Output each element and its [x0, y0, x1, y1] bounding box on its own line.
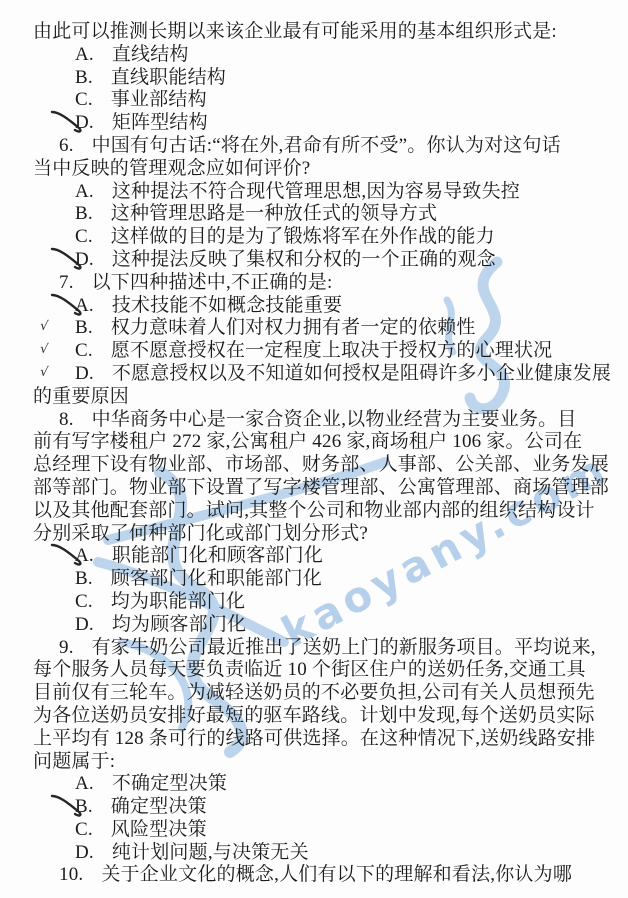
paragraph-line: 前有写字楼租户 272 家,公寓租户 426 家,商场租户 106 家。公司在 [33, 431, 600, 454]
line-prefix-label: B. [75, 67, 93, 88]
line-prefix: D. [75, 614, 94, 637]
line-prefix: 6. [59, 135, 74, 158]
line-text: 前有写字楼租户 272 家,公寓租户 426 家,商场租户 106 家。公司在 [33, 431, 582, 452]
line-text: 有家牛奶公司最近推出了送奶上门的新服务项目。平均说来, [92, 637, 596, 658]
line-text: 以及其他配套部门。试问,其整个公司和物业部内部的组织结构设计 [33, 500, 595, 521]
paragraph-line: 当中反映的管理观念应如何评价? [33, 158, 600, 181]
line-prefix: B. [75, 317, 93, 340]
line-prefix: C. [75, 819, 93, 842]
line-text: 当中反映的管理观念应如何评价? [33, 158, 310, 179]
pen-check-mark: √ [39, 366, 49, 380]
option-line: D. 矩阵型结构 [33, 112, 600, 135]
line-prefix: B. [75, 568, 93, 591]
line-text: 中华商务中心是一家合资企业,以物业经营为主要业务。目 [92, 409, 577, 430]
question-stem-line: 8. 中华商务中心是一家合资企业,以物业经营为主要业务。目 [33, 409, 600, 432]
question-stem-line: 7. 以下四种描述中,不正确的是: [33, 272, 600, 295]
question-stem-line: 10. 关于企业文化的概念,人们有以下的理解和看法,你认为哪 [33, 864, 600, 887]
line-text: 风险型决策 [111, 819, 207, 840]
option-line: D. 这种提法反映了集权和分权的一个正确的观念 [33, 249, 600, 272]
line-prefix: A. [75, 181, 94, 204]
line-text: 目前仅有三轮车。为减轻送奶员的不必要负担,公司有关人员想预先 [33, 682, 595, 703]
option-line: C. 风险型决策 [33, 819, 600, 842]
scanned-exam-page: kaoyany.com 由此可以推测长期以来该企业最有可能采用的基本组织形式是:… [0, 0, 628, 898]
line-prefix: A. [75, 44, 94, 67]
line-prefix-label: C. [75, 819, 93, 840]
option-line: √ D. 不愿意授权以及不知道如何授权是阻碍许多小企业健康发展 [33, 363, 600, 386]
paragraph-line: 总经理下设有物业部、市场部、财务部、人事部、公关部、业务发展 [33, 454, 600, 477]
line-text: 为各位送奶员安排好最短的驱车路线。计划中发现,每个送奶员实际 [33, 705, 595, 726]
paragraph-line: 目前仅有三轮车。为减轻送奶员的不必要负担,公司有关人员想预先 [33, 682, 600, 705]
line-prefix-label: D. [75, 842, 94, 863]
line-text: 不确定型决策 [112, 773, 227, 794]
option-line: B. 这种管理思路是一种放任式的领导方式 [33, 203, 600, 226]
paragraph-line: 的重要原因 [33, 386, 600, 409]
option-line: C. 事业部结构 [33, 89, 600, 112]
line-prefix: D. [75, 249, 94, 272]
line-text: 直线结构 [112, 44, 189, 65]
line-text: 上平均有 128 条可行的线路可供选择。在这种情况下,送奶线路安排 [33, 728, 595, 749]
line-text: 关于企业文化的概念,人们有以下的理解和看法,你认为哪 [101, 864, 572, 885]
line-prefix: 9. [59, 637, 74, 660]
paragraph-line: 为各位送奶员安排好最短的驱车路线。计划中发现,每个送奶员实际 [33, 705, 600, 728]
option-line: √ C. 愿不愿意授权在一定程度上取决于授权方的心理状况 [33, 340, 600, 363]
line-text: 均为顾客部门化 [112, 614, 246, 635]
line-prefix-label: D. [75, 614, 94, 635]
option-line: √ B. 权力意味着人们对权力拥有者一定的依赖性 [33, 317, 600, 340]
paragraph-line: 每个服务人员每天要负责临近 10 个街区住户的送奶任务,交通工具 [33, 659, 600, 682]
line-text: 每个服务人员每天要负责临近 10 个街区住户的送奶任务,交通工具 [33, 659, 586, 680]
line-text: 均为职能部门化 [111, 591, 245, 612]
line-text: 矩阵型结构 [112, 112, 208, 133]
line-text: 的重要原因 [33, 386, 129, 407]
option-line: B. 直线职能结构 [33, 67, 600, 90]
line-text: 部等部门。物业部下设置了写字楼管理部、公寓管理部、商场管理部 [33, 477, 609, 498]
option-line: C. 均为职能部门化 [33, 591, 600, 614]
pen-slash-mark [49, 244, 89, 274]
line-text: 这种管理思路是一种放任式的领导方式 [111, 203, 437, 224]
question-stem-line: 6. 中国有句古话:“将在外,君命有所不受”。你认为对这句话 [33, 135, 600, 158]
line-prefix-label: C. [75, 340, 93, 361]
option-line: D. 纯计划问题,与决策无关 [33, 842, 600, 865]
line-prefix: B. [75, 796, 93, 819]
pen-slash-mark [49, 540, 89, 570]
line-text: 愿不愿意授权在一定程度上取决于授权方的心理状况 [111, 340, 553, 361]
paragraph-line: 上平均有 128 条可行的线路可供选择。在这种情况下,送奶线路安排 [33, 728, 600, 751]
line-text: 直线职能结构 [111, 67, 226, 88]
line-prefix: A. [75, 545, 94, 568]
line-prefix-label: 6. [59, 135, 74, 156]
line-prefix-label: D. [75, 363, 94, 384]
document-body: 由此可以推测长期以来该企业最有可能采用的基本组织形式是: A. 直线结构 B. … [0, 0, 628, 887]
line-text: 这种提法反映了集权和分权的一个正确的观念 [112, 249, 496, 270]
line-text: 职能部门化和顾客部门化 [112, 545, 323, 566]
line-prefix: D. [75, 842, 94, 865]
option-line: C. 这样做的目的是为了锻炼将军在外作战的能力 [33, 226, 600, 249]
line-prefix: C. [75, 591, 93, 614]
paragraph-line: 以及其他配套部门。试问,其整个公司和物业部内部的组织结构设计 [33, 500, 600, 523]
line-text: 总经理下设有物业部、市场部、财务部、人事部、公关部、业务发展 [33, 454, 609, 475]
line-text: 不愿意授权以及不知道如何授权是阻碍许多小企业健康发展 [112, 363, 611, 384]
paragraph-line: 部等部门。物业部下设置了写字楼管理部、公寓管理部、商场管理部 [33, 477, 600, 500]
paragraph-line: 分别采取了何种部门化或部门划分形式? [33, 523, 600, 546]
line-prefix: D. [75, 112, 94, 135]
line-prefix-label: 9. [59, 637, 74, 658]
line-text: 由此可以推测长期以来该企业最有可能采用的基本组织形式是: [33, 21, 557, 42]
line-text: 顾客部门化和职能部门化 [111, 568, 322, 589]
option-line: A. 直线结构 [33, 44, 600, 67]
pen-slash-mark [49, 290, 89, 320]
pen-check-mark: √ [39, 343, 49, 357]
pen-check-mark: √ [39, 320, 49, 334]
line-text: 这样做的目的是为了锻炼将军在外作战的能力 [111, 226, 495, 247]
option-line: A. 职能部门化和顾客部门化 [33, 545, 600, 568]
line-prefix: A. [75, 295, 94, 318]
option-line: B. 顾客部门化和职能部门化 [33, 568, 600, 591]
paragraph-line: 问题属于: [33, 751, 600, 774]
line-prefix-label: A. [75, 181, 94, 202]
line-prefix: 8. [59, 409, 74, 432]
pen-slash-mark [49, 791, 89, 821]
line-prefix: D. [75, 363, 94, 386]
line-prefix: 10. [59, 864, 83, 887]
line-prefix: B. [75, 203, 93, 226]
line-prefix: C. [75, 340, 93, 363]
option-line: A. 这种提法不符合现代管理思想,因为容易导致失控 [33, 181, 600, 204]
line-prefix: B. [75, 67, 93, 90]
line-text: 权力意味着人们对权力拥有者一定的依赖性 [111, 317, 476, 338]
line-prefix-label: B. [75, 203, 93, 224]
line-prefix-label: 10. [59, 864, 83, 885]
paragraph-line: 由此可以推测长期以来该企业最有可能采用的基本组织形式是: [33, 21, 600, 44]
question-stem-line: 9. 有家牛奶公司最近推出了送奶上门的新服务项目。平均说来, [33, 637, 600, 660]
line-text: 确定型决策 [111, 796, 207, 817]
pen-slash-mark [49, 107, 89, 137]
line-prefix-label: C. [75, 591, 93, 612]
option-line: A. 技术技能不如概念技能重要 [33, 295, 600, 318]
line-prefix-label: A. [75, 44, 94, 65]
option-line: D. 均为顾客部门化 [33, 614, 600, 637]
line-text: 事业部结构 [111, 89, 207, 110]
line-text: 以下四种描述中,不正确的是: [92, 272, 333, 293]
line-text: 技术技能不如概念技能重要 [112, 295, 342, 316]
line-text: 问题属于: [33, 751, 115, 772]
line-prefix-label: B. [75, 568, 93, 589]
line-text: 纯计划问题,与决策无关 [112, 842, 309, 863]
line-text: 这种提法不符合现代管理思想,因为容易导致失控 [112, 181, 520, 202]
line-prefix-label: B. [75, 317, 93, 338]
line-prefix-label: 8. [59, 409, 74, 430]
option-line: B. 确定型决策 [33, 796, 600, 819]
option-line: A. 不确定型决策 [33, 773, 600, 796]
line-text: 中国有句古话:“将在外,君命有所不受”。你认为对这句话 [92, 135, 561, 156]
